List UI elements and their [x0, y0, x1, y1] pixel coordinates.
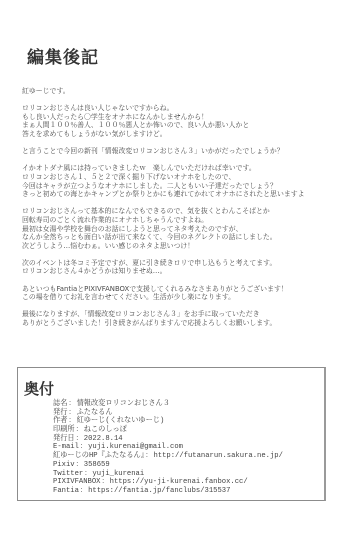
colophon-separator: ：: [76, 461, 83, 469]
colophon-separator: ：: [68, 409, 75, 417]
colophon-label: 紅ゆーじのHP『ふたなるん』: [53, 452, 144, 460]
afterword-line: 答えを求めてもしょうがない気がしますけど。: [22, 130, 342, 139]
colophon-separator: ：: [68, 400, 75, 408]
colophon-separator: ：: [84, 470, 91, 478]
afterword-line: と言うことで今回の新刊「情報改変ロリコンおじさん３」いかがだったでしょうか？: [22, 147, 342, 156]
colophon-row-fanbox: PIXIVFANBOX：https://yu-ji-kurenai.fanbox…: [53, 478, 283, 487]
colophon-separator: ：: [80, 487, 87, 495]
colophon-value[interactable]: https://fantia.jp/fanclubs/315537: [88, 487, 230, 495]
colophon-row-fantia: Fantia：https://fantia.jp/fanclubs/315537: [53, 487, 283, 496]
colophon-row-twitter: Twitter：yuji_kurenai: [53, 470, 283, 479]
afterword-line: ロリコンおじさん１、５と２で深く掘り下げないオナホをしたので、: [22, 173, 342, 182]
colophon-label: 発行日: [53, 435, 75, 443]
afterword-line: 今回はキャラが立つようなオナホにしました。二人ともいい子達だったでしょう？: [22, 182, 342, 191]
colophon-row-homepage: 紅ゆーじのHP『ふたなるん』：http://futanarun.sakura.n…: [53, 452, 283, 461]
afterword-line: ありがとうございました！引き続きがんばりますんで応援よろしくお願いします。: [22, 319, 342, 328]
colophon-value: 2022.8.14: [84, 435, 123, 443]
afterword-title: 編集後記: [27, 43, 99, 68]
colophon-row-date: 発行日：2022.8.14: [53, 435, 283, 444]
colophon-row-pixiv: Pixiv：358659: [53, 461, 283, 470]
colophon-row-title: 誌名：情報改変ロリコンおじさん３: [53, 400, 283, 409]
afterword-paragraph: 最後になりますが、「情報改変ロリコンおじさん３」をお手に取っていただき ありがと…: [22, 310, 342, 327]
colophon-separator: ：: [68, 417, 75, 425]
afterword-line: ロリコンおじさんは良い人じゃないですからね。: [22, 104, 342, 113]
afterword-paragraph: あといつもFantiaとPIXIVFANBOXで支援してくれるみなさまありがとう…: [22, 285, 342, 302]
colophon-row-email: E-mail：yuji.kurenai@gmail.com: [53, 443, 283, 452]
colophon-separator: ：: [76, 435, 83, 443]
afterword-line: 最初は女湯や学校を舞台のお話にしようと思ってネタ考えたのですが、: [22, 225, 342, 234]
afterword-line: まぁ人間１００％善人、１００％悪人とか怖いので、良い人か悪い人かと: [22, 121, 342, 130]
afterword-line: なんか全然ちっとも面白い話が出て来なくて、今回のネグレクトの話にしました。: [22, 233, 342, 242]
colophon-separator: ：: [145, 452, 152, 460]
colophon-row-printer: 印刷所：ねこのしっぽ: [53, 426, 283, 435]
colophon-title: 奥付: [24, 378, 54, 399]
afterword-line: 紅ゆーじです。: [22, 87, 342, 96]
afterword-line: あといつもFantiaとPIXIVFANBOXで支援してくれるみなさまありがとう…: [22, 285, 342, 294]
afterword-line: きっと初めての海とかキャンプとか祭りとかにも連れてかれてオナホにされたと思います…: [22, 190, 342, 199]
colophon-list: 誌名：情報改変ロリコンおじさん３ 発行：ふたなるん 作者：紅ゆーじ(くれないゆー…: [53, 400, 283, 496]
afterword-line: 最後になりますが、「情報改変ロリコンおじさん３」をお手に取っていただき: [22, 310, 342, 319]
colophon-label: PIXIVFANBOX: [53, 478, 100, 486]
afterword-line: 次どうしよう…悩むわぁ。いい感じのネタよ思いつけ！: [22, 242, 342, 251]
afterword-line: この場を借りてお礼を言わせてください。生活が少し楽になります。: [22, 293, 342, 302]
colophon-value: 情報改変ロリコンおじさん３: [77, 400, 170, 408]
colophon-value: ねこのしっぽ: [84, 426, 127, 434]
afterword-line: ロリコンおじさん４かどうかは知りませぬ…。: [22, 267, 342, 276]
colophon-value: yuji_kurenai: [92, 470, 144, 478]
colophon-separator: ：: [80, 443, 87, 451]
colophon-label: E-mail: [53, 443, 79, 451]
colophon-separator: ：: [101, 478, 108, 486]
colophon-separator: ：: [76, 426, 83, 434]
colophon-label: 作者: [53, 417, 67, 425]
colophon-label: Pixiv: [53, 461, 75, 469]
afterword-paragraph: イかオトダナ風には持っていきましたｗ 楽しんでいただければ幸いです。 ロリコンお…: [22, 164, 342, 198]
colophon-value[interactable]: https://yu-ji-kurenai.fanbox.cc/: [110, 478, 248, 486]
afterword-paragraph: と言うことで今回の新刊「情報改変ロリコンおじさん３」いかがだったでしょうか？: [22, 147, 342, 156]
colophon-value[interactable]: http://futanarun.sakura.ne.jp/: [153, 452, 282, 460]
colophon-label: 誌名: [53, 400, 67, 408]
afterword-body: 紅ゆーじです。 ロリコンおじさんは良い人じゃないですからね。 もし良い人だったら…: [22, 87, 342, 336]
colophon-value: 紅ゆーじ(くれないゆーじ): [77, 417, 165, 425]
colophon-label: 印刷所: [53, 426, 75, 434]
colophon-label: Twitter: [53, 470, 83, 478]
afterword-paragraph: 次のイベントは冬コミ予定ですが、夏に引き続きロリで申し込もうと考えてます。 ロリ…: [22, 259, 342, 276]
afterword-paragraph: ロリコンおじさんは良い人じゃないですからね。 もし良い人だったら〇学生をオナホに…: [22, 104, 342, 138]
colophon-label: Fantia: [53, 487, 79, 495]
afterword-line: イかオトダナ風には持っていきましたｗ 楽しんでいただければ幸いです。: [22, 164, 342, 173]
afterword-line: ロリコンおじさんって基本的になんでもできるので、気を抜くとわんこそばとか: [22, 207, 342, 216]
colophon-box: 奥付 誌名：情報改変ロリコンおじさん３ 発行：ふたなるん 作者：紅ゆーじ(くれな…: [17, 367, 326, 501]
colophon-label: 発行: [53, 409, 67, 417]
afterword-paragraph: 紅ゆーじです。: [22, 87, 342, 96]
afterword-line: 回転寿司のごとく流れ作業的にオナホしちゃうんですよね。: [22, 216, 342, 225]
afterword-paragraph: ロリコンおじさんって基本的になんでもできるので、気を抜くとわんこそばとか 回転寿…: [22, 207, 342, 250]
colophon-value[interactable]: yuji.kurenai@gmail.com: [88, 443, 183, 451]
colophon-value: 358659: [84, 461, 110, 469]
colophon-value: ふたなるん: [77, 409, 113, 417]
colophon-row-author: 作者：紅ゆーじ(くれないゆーじ): [53, 417, 283, 426]
